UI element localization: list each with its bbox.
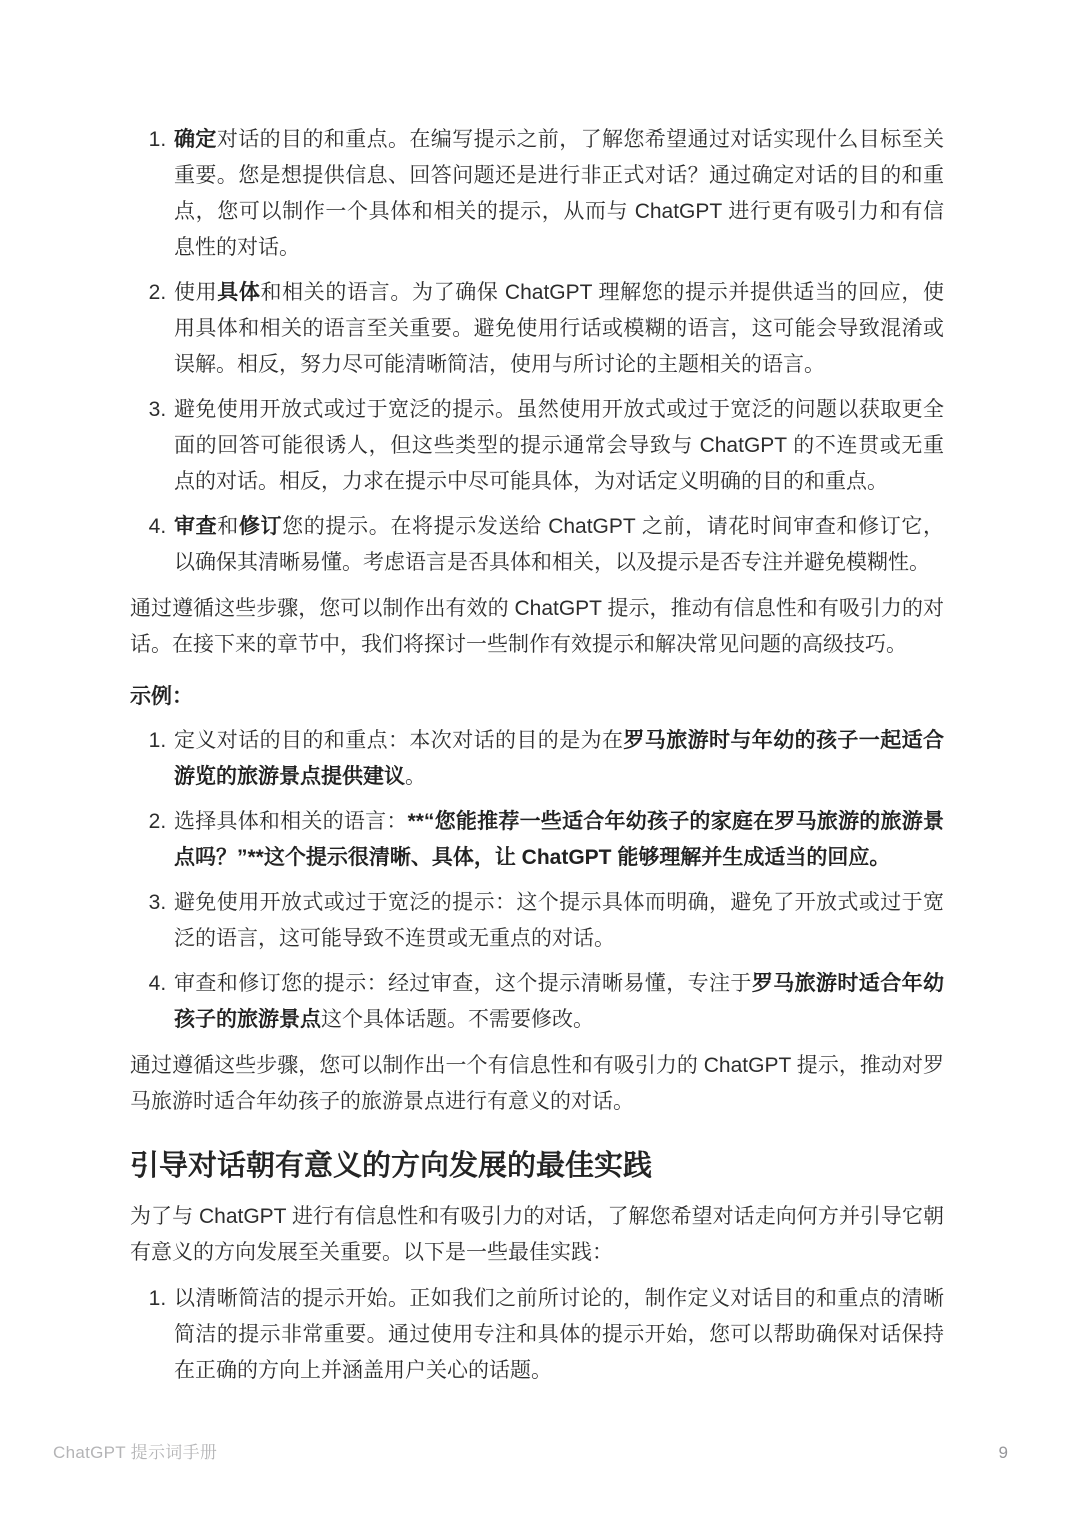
paragraph-steps-summary: 通过遵循这些步骤，您可以制作出有效的 ChatGPT 提示，推动有信息性和有吸引… bbox=[130, 591, 944, 663]
bold-text-run: 确定 bbox=[174, 128, 217, 151]
text-run: 。 bbox=[405, 765, 426, 788]
list-item: 审查和修订您的提示：经过审查，这个提示清晰易懂，专注于罗马旅游时适合年幼孩子的旅… bbox=[172, 966, 944, 1038]
section-heading: 引导对话朝有意义的方向发展的最佳实践 bbox=[130, 1146, 944, 1186]
list-item: 使用具体和相关的语言。为了确保 ChatGPT 理解您的提示并提供适当的回应，使… bbox=[172, 275, 944, 383]
page-footer: ChatGPT 提示词手册 9 bbox=[53, 1442, 1008, 1464]
text-run: 使用 bbox=[174, 281, 217, 304]
text-run: 这个具体话题。不需要修改。 bbox=[321, 1008, 594, 1031]
list-item: 定义对话的目的和重点：本次对话的目的是为在罗马旅游时与年幼的孩子一起适合游览的旅… bbox=[172, 723, 944, 795]
text-run: 避免使用开放式或过于宽泛的提示：这个提示具体而明确，避免了开放式或过于宽泛的语言… bbox=[174, 891, 944, 950]
examples-list: 定义对话的目的和重点：本次对话的目的是为在罗马旅游时与年幼的孩子一起适合游览的旅… bbox=[130, 723, 944, 1038]
text-run: 和 bbox=[217, 515, 239, 538]
steps-list: 确定对话的目的和重点。在编写提示之前，了解您希望通过对话实现什么目标至关重要。您… bbox=[130, 122, 944, 581]
page-content: 确定对话的目的和重点。在编写提示之前，了解您希望通过对话实现什么目标至关重要。您… bbox=[130, 118, 944, 1399]
list-item: 审查和修订您的提示。在将提示发送给 ChatGPT 之前，请花时间审查和修订它，… bbox=[172, 509, 944, 581]
bold-text-run: 修订 bbox=[239, 515, 282, 538]
list-item: 确定对话的目的和重点。在编写提示之前，了解您希望通过对话实现什么目标至关重要。您… bbox=[172, 122, 944, 266]
list-item: 避免使用开放式或过于宽泛的提示：这个提示具体而明确，避免了开放式或过于宽泛的语言… bbox=[172, 885, 944, 957]
text-run: 和相关的语言。为了确保 ChatGPT 理解您的提示并提供适当的回应，使用具体和… bbox=[174, 281, 944, 376]
bold-text-run: 审查 bbox=[174, 515, 217, 538]
list-item: 避免使用开放式或过于宽泛的提示。虽然使用开放式或过于宽泛的问题以获取更全面的回答… bbox=[172, 392, 944, 500]
text-run: 定义对话的目的和重点：本次对话的目的是为在 bbox=[174, 729, 623, 752]
paragraph-section-intro: 为了与 ChatGPT 进行有信息性和有吸引力的对话，了解您希望对话走向何方并引… bbox=[130, 1199, 944, 1271]
paragraph-examples-summary: 通过遵循这些步骤，您可以制作出一个有信息性和有吸引力的 ChatGPT 提示，推… bbox=[130, 1048, 944, 1120]
footer-book-title: ChatGPT 提示词手册 bbox=[53, 1442, 217, 1464]
text-run: 对话的目的和重点。在编写提示之前，了解您希望通过对话实现什么目标至关重要。您是想… bbox=[174, 128, 944, 259]
text-run: 以清晰简洁的提示开始。正如我们之前所讨论的，制作定义对话目的和重点的清晰简洁的提… bbox=[174, 1287, 944, 1382]
list-item: 以清晰简洁的提示开始。正如我们之前所讨论的，制作定义对话目的和重点的清晰简洁的提… bbox=[172, 1281, 944, 1389]
text-run: 避免使用开放式或过于宽泛的提示。虽然使用开放式或过于宽泛的问题以获取更全面的回答… bbox=[174, 398, 944, 493]
bold-text-run: 具体 bbox=[217, 281, 260, 304]
text-run: 选择具体和相关的语言： bbox=[174, 810, 408, 833]
footer-page-number: 9 bbox=[999, 1442, 1008, 1464]
text-run: 您的提示。在将提示发送给 ChatGPT 之前，请花时间审查和修订它，以确保其清… bbox=[174, 515, 944, 574]
text-run: 审查和修订您的提示：经过审查，这个提示清晰易懂，专注于 bbox=[174, 972, 752, 995]
examples-label: 示例： bbox=[130, 679, 944, 715]
best-practices-list: 以清晰简洁的提示开始。正如我们之前所讨论的，制作定义对话目的和重点的清晰简洁的提… bbox=[130, 1281, 944, 1389]
list-item: 选择具体和相关的语言：**“您能推荐一些适合年幼孩子的家庭在罗马旅游的旅游景点吗… bbox=[172, 804, 944, 876]
document-page: 确定对话的目的和重点。在编写提示之前，了解您希望通过对话实现什么目标至关重要。您… bbox=[0, 0, 1080, 1528]
